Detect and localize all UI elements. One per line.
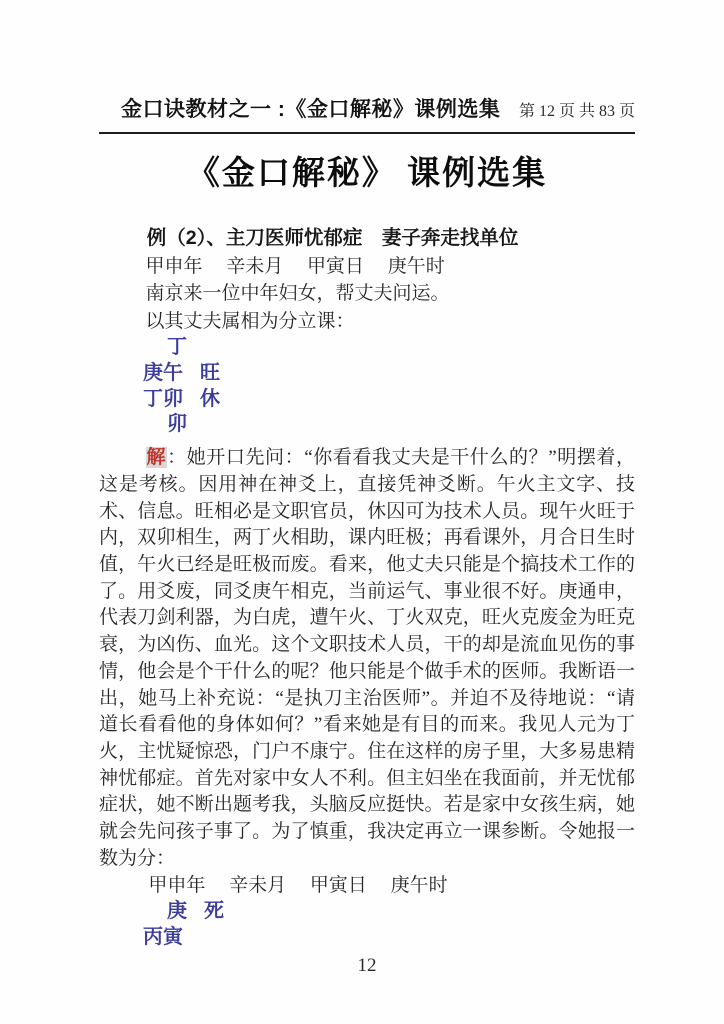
course1-state2: 休 bbox=[200, 388, 220, 410]
course1-row-earth: 卯 bbox=[99, 412, 635, 438]
course1-pillar2: 丁卯 bbox=[143, 388, 183, 410]
course2-state: 死 bbox=[204, 900, 224, 922]
case-heading: 例（2）、主刀医师忧郁症 妻子奔走找单位 bbox=[99, 225, 635, 253]
analysis-text: ：她开口先问：“你看看我丈夫是干什么的？”明摆着，这是考核。因用神在神爻上，直接… bbox=[99, 447, 635, 869]
course1-earth-branch: 卯 bbox=[167, 413, 187, 435]
course1-pillar1: 庚午 bbox=[143, 362, 183, 384]
course1-state1: 旺 bbox=[200, 362, 220, 384]
intro-line: 南京来一位中年妇女，帮丈夫问运。 bbox=[99, 280, 635, 308]
document-title: 《金口解秘》 课例选集 bbox=[99, 147, 635, 194]
course2-stem: 庚 bbox=[167, 900, 187, 922]
intro-line: 以其丈夫属相为分立课： bbox=[99, 308, 635, 336]
course2-pillar: 丙寅 bbox=[143, 926, 183, 948]
four-pillars-line-2: 甲申年 辛未月 甲寅日 庚午时 bbox=[99, 872, 635, 899]
course1-sky-stem: 丁 bbox=[167, 336, 187, 358]
course1-row-middle1: 庚午旺 bbox=[99, 361, 635, 387]
analysis-paragraph: 解：她开口先问：“你看看我丈夫是干什么的？”明摆着，这是考核。因用神在神爻上，直… bbox=[99, 445, 635, 872]
course2-row-top: 庚死 bbox=[99, 899, 635, 925]
four-pillars-line: 甲申年 辛未月 甲寅日 庚午时 bbox=[99, 253, 635, 281]
running-header: 金口诀教材之一 :《金口解秘》课例选集 第 12 页 共 83 页 bbox=[99, 0, 635, 123]
jie-label: 解 bbox=[146, 447, 168, 468]
course1-row-middle2: 丁卯休 bbox=[99, 387, 635, 413]
header-divider bbox=[99, 132, 635, 134]
course2-row-bottom: 丙寅 bbox=[99, 925, 635, 951]
course1-row-sky: 丁 bbox=[99, 335, 635, 361]
header-page-info: 第 12 页 共 83 页 bbox=[519, 98, 635, 121]
page-number: 12 bbox=[99, 955, 635, 977]
page-content: 金口诀教材之一 :《金口解秘》课例选集 第 12 页 共 83 页 《金口解秘》… bbox=[99, 0, 635, 1024]
header-book-title: 金口诀教材之一 :《金口解秘》课例选集 bbox=[99, 93, 500, 123]
document-page: 金口诀教材之一 :《金口解秘》课例选集 第 12 页 共 83 页 《金口解秘》… bbox=[0, 0, 724, 1024]
